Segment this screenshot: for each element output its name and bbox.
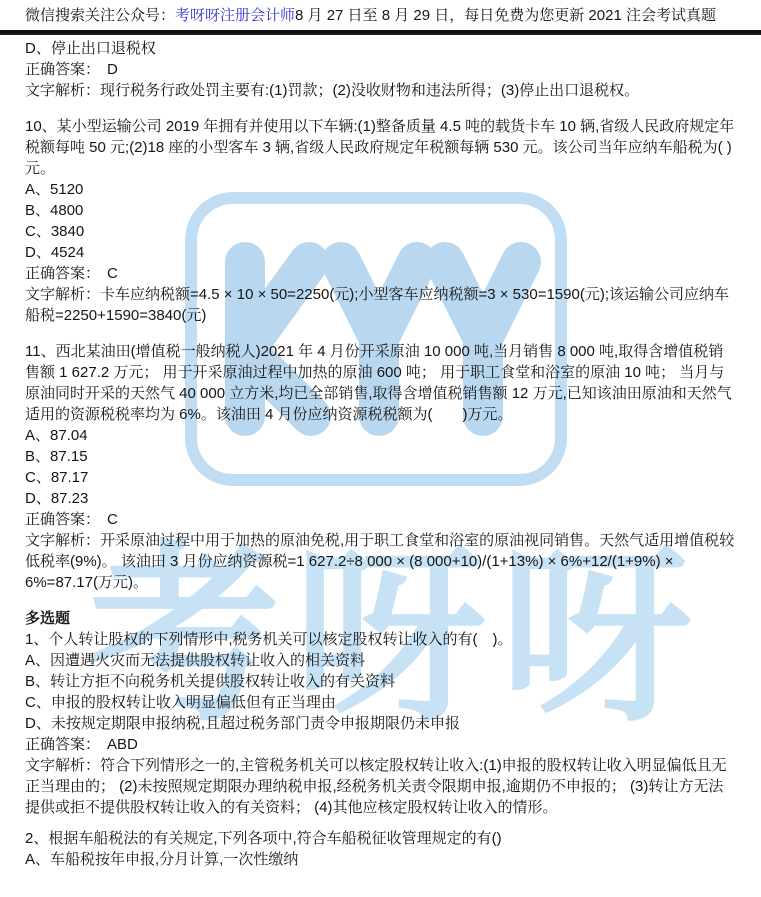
analysis-label: 文字解析：: [25, 532, 100, 549]
carryover-block: D、停止出口退税权 正确答案：D 文字解析：现行税务行政处罚主要有:(1)罚款；…: [25, 38, 737, 101]
answer-label: 正确答案：: [25, 265, 100, 282]
exam-document-page: 考呀呀 微信搜索关注公众号：考呀呀注册会计师8 月 27 日至 8 月 29 日…: [0, 0, 761, 897]
option-a: A、因遭遇火灾而无法提供股权转让收入的相关资料: [25, 650, 737, 671]
analysis-line: 文字解析：开采原油过程中用于加热的原油免税,用于职工食堂和浴室的原油视同销售。天…: [25, 530, 737, 593]
option-d: D、未按规定期限申报纳税,且超过税务部门责令申报期限仍未申报: [25, 713, 737, 734]
answer-line: 正确答案：C: [25, 263, 737, 284]
question-stem: 10、某小型运输公司 2019 年拥有并使用以下车辆:(1)整备质量 4.5 吨…: [25, 116, 737, 179]
analysis-line: 文字解析：符合下列情形之一的,主管税务机关可以核定股权转让收入:(1)申报的股权…: [25, 755, 737, 818]
multi-question-2-block: 2、根据车船税法的有关规定,下列各项中,符合车船税征收管理规定的有() A、车船…: [25, 828, 737, 870]
analysis-text: 开采原油过程中用于加热的原油免税,用于职工食堂和浴室的原油视同销售。天然气适用增…: [25, 532, 734, 591]
analysis-label: 文字解析：: [25, 757, 100, 774]
answer-label: 正确答案：: [25, 511, 100, 528]
option-d: D、停止出口退税权: [25, 38, 737, 59]
promo-header: 微信搜索关注公众号：考呀呀注册会计师8 月 27 日至 8 月 29 日，每日免…: [0, 0, 761, 30]
analysis-text: 卡车应纳税额=4.5 × 10 × 50=2250(元);小型客车应纳税额=3 …: [25, 286, 729, 324]
question-stem: 1、个人转让股权的下列情形中,税务机关可以核定股权转让收入的有( )。: [25, 629, 737, 650]
exam-content: D、停止出口退税权 正确答案：D 文字解析：现行税务行政处罚主要有:(1)罚款；…: [0, 35, 761, 870]
answer-value: C: [107, 265, 118, 282]
option-c: C、申报的股权转让收入明显偏低但有正当理由: [25, 692, 737, 713]
option-d: D、4524: [25, 242, 737, 263]
answer-label: 正确答案：: [25, 736, 100, 753]
option-c: C、3840: [25, 221, 737, 242]
section-title-multiple-choice: 多选题: [25, 608, 737, 629]
answer-value: D: [107, 61, 118, 78]
analysis-line: 文字解析：现行税务行政处罚主要有:(1)罚款；(2)没收财物和违法所得；(3)停…: [25, 80, 737, 101]
analysis-text: 符合下列情形之一的,主管税务机关可以核定股权转让收入:(1)申报的股权转让收入明…: [25, 757, 727, 816]
option-c: C、87.17: [25, 467, 737, 488]
header-suffix-text: 8 月 27 日至 8 月 29 日，每日免费为您更新 2021 注会考试真题: [295, 7, 716, 24]
option-b: B、转让方拒不向税务机关提供股权转让收入的有关资料: [25, 671, 737, 692]
multi-question-1-block: 1、个人转让股权的下列情形中,税务机关可以核定股权转让收入的有( )。 A、因遭…: [25, 629, 737, 818]
answer-value: ABD: [107, 736, 138, 753]
option-a: A、5120: [25, 179, 737, 200]
question-stem: 11、西北某油田(增值税一般纳税人)2021 年 4 月份开采原油 10 000…: [25, 341, 737, 425]
answer-value: C: [107, 511, 118, 528]
answer-line: 正确答案：C: [25, 509, 737, 530]
question-10-block: 10、某小型运输公司 2019 年拥有并使用以下车辆:(1)整备质量 4.5 吨…: [25, 116, 737, 326]
header-prefix-text: 微信搜索关注公众号：: [25, 7, 175, 24]
analysis-label: 文字解析：: [25, 286, 100, 303]
answer-line: 正确答案：D: [25, 59, 737, 80]
question-11-block: 11、西北某油田(增值税一般纳税人)2021 年 4 月份开采原油 10 000…: [25, 341, 737, 593]
option-a: A、87.04: [25, 425, 737, 446]
option-d: D、87.23: [25, 488, 737, 509]
answer-label: 正确答案：: [25, 61, 100, 78]
kaoyaya-account-link[interactable]: 考呀呀注册会计师: [175, 7, 295, 24]
option-a: A、车船税按年申报,分月计算,一次性缴纳: [25, 849, 737, 870]
option-b: B、4800: [25, 200, 737, 221]
analysis-label: 文字解析：: [25, 82, 100, 99]
analysis-line: 文字解析：卡车应纳税额=4.5 × 10 × 50=2250(元);小型客车应纳…: [25, 284, 737, 326]
answer-line: 正确答案：ABD: [25, 734, 737, 755]
option-b: B、87.15: [25, 446, 737, 467]
analysis-text: 现行税务行政处罚主要有:(1)罚款；(2)没收财物和违法所得；(3)停止出口退税…: [100, 82, 639, 99]
question-stem: 2、根据车船税法的有关规定,下列各项中,符合车船税征收管理规定的有(): [25, 828, 737, 849]
